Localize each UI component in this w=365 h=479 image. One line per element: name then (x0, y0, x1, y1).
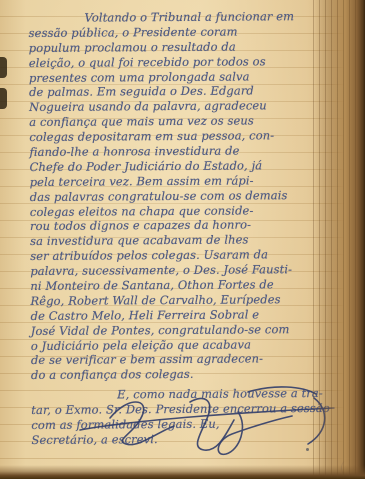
manuscript-text: Voltando o Tribunal a funcionar emsessão… (28, 9, 315, 448)
left-edge-blot-1 (0, 57, 7, 78)
book-page-edges-right (313, 0, 365, 479)
manuscript-line: das palavras congratulou-se com os demai… (30, 188, 314, 205)
paragraph-1: Voltando o Tribunal a funcionar emsessão… (28, 9, 315, 383)
book-page-edge-bottom (0, 465, 365, 479)
manuscript-line: José Vidal de Pontes, congratulando-se c… (31, 322, 315, 339)
manuscript-line: Rêgo, Robert Wall de Carvalho, Eurípedes (30, 292, 314, 309)
manuscript-page: Voltando o Tribunal a funcionar emsessão… (0, 0, 365, 479)
left-edge-blot-2 (0, 88, 7, 109)
ink-dot (306, 448, 309, 451)
manuscript-line: do a confiança dos colegas. (31, 366, 315, 383)
manuscript-line: colegas depositaram em sua pessoa, con- (29, 128, 313, 145)
signature-flourish (62, 388, 342, 463)
manuscript-line: Voltando o Tribunal a funcionar em (28, 9, 312, 26)
